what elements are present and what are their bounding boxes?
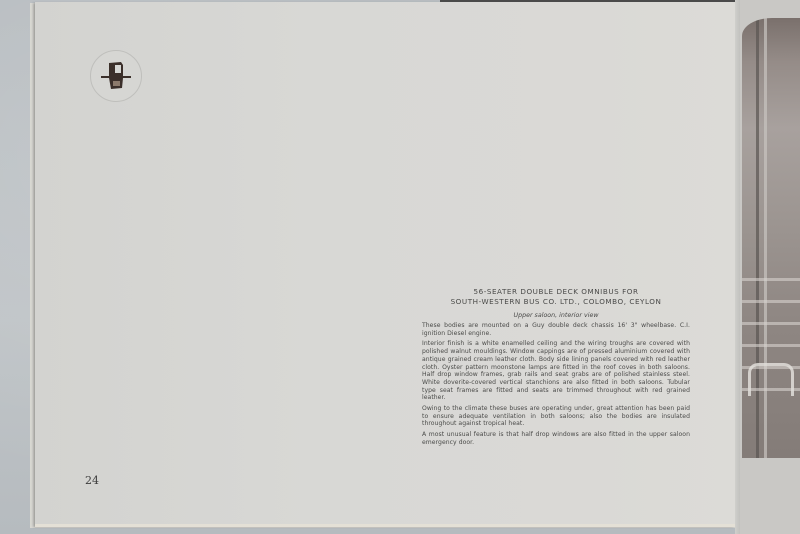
- page-number: 24: [85, 474, 99, 487]
- caption-title-line1: 56-SEATER DOUBLE DECK OMNIBUS FOR: [422, 287, 690, 297]
- hansom-cab-emblem-icon: [90, 50, 142, 102]
- page-bottom-edge: [35, 524, 735, 527]
- caption-paragraph: Owing to the climate these buses are ope…: [422, 405, 690, 428]
- caption-paragraph: A most unusual feature is that half drop…: [422, 431, 690, 446]
- caption-subtitle: Upper saloon, interior view: [422, 311, 690, 320]
- caption-title-line2: SOUTH-WESTERN BUS CO. LTD., COLOMBO, CEY…: [422, 297, 690, 307]
- facing-page-photo: [742, 18, 800, 458]
- caption-paragraph: Interior finish is a white enamelled cei…: [422, 340, 690, 402]
- carriage-icon: [99, 57, 133, 93]
- caption-paragraph: These bodies are mounted on a Guy double…: [422, 322, 690, 337]
- caption-block: 56-SEATER DOUBLE DECK OMNIBUS FOR SOUTH-…: [422, 287, 690, 450]
